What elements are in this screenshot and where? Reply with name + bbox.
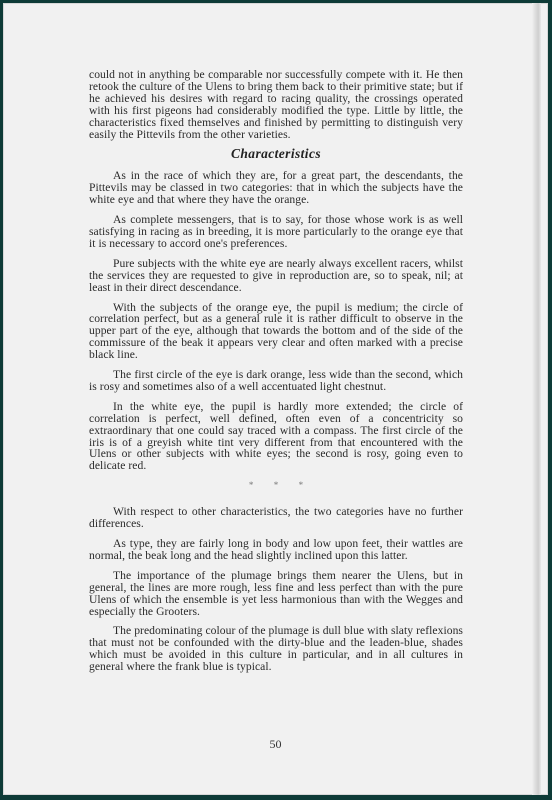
paragraph: The importance of the plumage brings the… [89,570,463,618]
section-heading: Characteristics [89,148,463,160]
body-text: could not in anything be comparable nor … [89,69,463,681]
paragraph: The predominating colour of the plumage … [89,625,463,673]
paragraph: Pure subjects with the white eye are nea… [89,258,463,294]
paragraph: The first circle of the eye is dark oran… [89,369,463,393]
paragraph: With respect to other characteristics, t… [89,506,463,530]
page-number: 50 [3,737,548,752]
scanned-page: could not in anything be comparable nor … [3,3,548,795]
paragraph: In the white eye, the pupil is hardly mo… [89,401,463,472]
paragraph: As complete messengers, that is to say, … [89,214,463,250]
continuation-paragraph: could not in anything be comparable nor … [89,69,463,140]
section-divider: * * * [89,480,463,492]
paragraph: With the subjects of the orange eye, the… [89,302,463,362]
paragraph: As type, they are fairly long in body an… [89,538,463,562]
paragraph: As in the race of which they are, for a … [89,170,463,206]
